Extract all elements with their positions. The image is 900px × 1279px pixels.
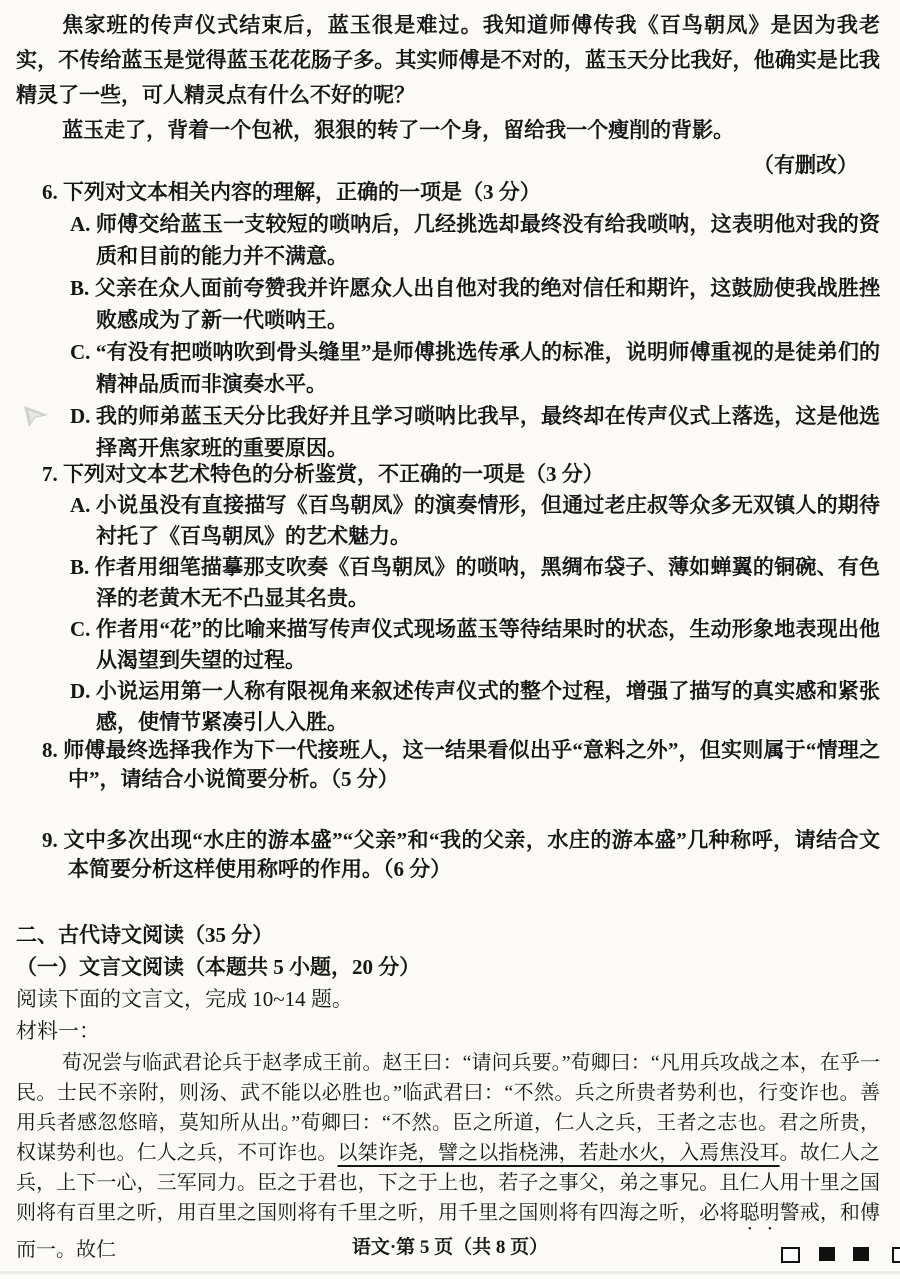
option-text: 师傅交给蓝玉一支较短的唢呐后，几经挑选却最终没有给我唢呐，这表明他对我的资质和目… [96,212,880,268]
section-instruction: 阅读下面的文言文，完成 10~14 题。 [16,983,880,1015]
option-label: A. [70,212,90,236]
question-9-stem: 9. 文中多次出现“水庄的游本盛”“父亲”和“我的父亲，水庄的游本盛”几种称呼，… [16,826,880,884]
page-footer: 语文·第 5 页（共 8 页） [0,1234,900,1262]
classical-paragraph: 荀况尝与临武君论兵于赵孝成王前。赵王曰：“请问兵要。”荀卿曰：“凡用兵攻战之本，… [16,1048,880,1265]
reading-passage-ending: 焦家班的传声仪式结束后，蓝玉很是难过。我知道师傅传我《百鸟朝凤》是因为我老实，不… [16,8,880,183]
question-9: 9. 文中多次出现“水庄的游本盛”“父亲”和“我的父亲，水庄的游本盛”几种称呼，… [16,826,880,884]
option-text: 小说虽没有直接描写《百鸟朝凤》的演奏情形，但通过老庄叔等众多无双镇人的期待衬托了… [96,493,880,548]
passage-paragraph: 焦家班的传声仪式结束后，蓝玉很是难过。我知道师傅传我《百鸟朝凤》是因为我老实，不… [16,8,880,113]
section-subtitle: （一）文言文阅读（本题共 5 小题，20 分） [16,951,880,983]
option-label: D. [70,679,90,703]
option-label: B. [70,276,89,300]
question-number: 6. [42,180,58,204]
question-stem-text: 下列对文本艺术特色的分析鉴赏，不正确的一项是（3 分） [63,462,604,486]
material-label: 材料一： [16,1015,880,1047]
question-7-stem: 7. 下列对文本艺术特色的分析鉴赏，不正确的一项是（3 分） [16,459,880,490]
option-text: 我的师弟蓝玉天分比我好并且学习唢呐比我早，最终却在传声仪式上落选，这是他选择离开… [96,404,880,460]
question-8-stem: 8. 师傅最终选择我作为下一代接班人，这一结果看似出乎“意料之外”，但实则属于“… [16,736,880,794]
emphasized-word: 聪明 [739,1202,779,1224]
print-registration-mark-outline [781,1247,800,1263]
question-7-option-b: B. 作者用细笔描摹那支吹奏《百鸟朝凤》的唢呐，黑绸布袋子、薄如蝉翼的铜碗、有色… [16,552,880,614]
option-text: “有没有把唢呐吹到骨头缝里”是师傅挑选传承人的标准，说明师傅重视的是徒弟们的精神… [96,340,880,396]
option-text: 作者用“花”的比喻来描写传声仪式现场蓝玉等待结果时的状态，生动形象地表现出他从渴… [96,617,880,672]
option-text: 父亲在众人面前夸赞我并许愿众人出自他对我的绝对信任和期许，这鼓励使我战胜挫败感成… [95,276,880,332]
question-7-option-c: C. 作者用“花”的比喻来描写传声仪式现场蓝玉等待结果时的状态，生动形象地表现出… [16,614,880,676]
section-title: 二、古代诗文阅读（35 分） [16,919,880,951]
option-label: B. [70,555,89,579]
underlined-sentence: 以桀诈尧，譬之以指桡沸，若赴水火，入焉焦没耳 [338,1142,780,1164]
question-number: 7. [42,462,58,486]
print-registration-mark-filled [819,1247,835,1261]
question-6-option-b: B. 父亲在众人面前夸赞我并许愿众人出自他对我的绝对信任和期许，这鼓励使我战胜挫… [16,272,880,336]
question-stem-text: 文中多次出现“水庄的游本盛”“父亲”和“我的父亲，水庄的游本盛”几种称呼，请结合… [63,828,880,881]
question-stem-text: 下列对文本相关内容的理解，正确的一项是（3 分） [63,180,541,204]
print-registration-mark-filled [853,1247,869,1261]
question-8: 8. 师傅最终选择我作为下一代接班人，这一结果看似出乎“意料之外”，但实则属于“… [16,736,880,794]
option-label: C. [70,617,90,641]
question-6-stem: 6. 下列对文本相关内容的理解，正确的一项是（3 分） [16,176,880,208]
question-7-option-a: A. 小说虽没有直接描写《百鸟朝凤》的演奏情形，但通过老庄叔等众多无双镇人的期待… [16,490,880,552]
section-2-header: 二、古代诗文阅读（35 分） （一）文言文阅读（本题共 5 小题，20 分） 阅… [16,919,880,1047]
print-registration-mark-partial [892,1247,900,1263]
option-label: D. [70,404,90,428]
question-6-option-c: C. “有没有把唢呐吹到骨头缝里”是师傅挑选传承人的标准，说明师傅重视的是徒弟们… [16,336,880,400]
question-6: 6. 下列对文本相关内容的理解，正确的一项是（3 分） A. 师傅交给蓝玉一支较… [16,176,880,464]
scan-streak-artifact [0,1271,900,1274]
classical-passage: 荀况尝与临武君论兵于赵孝成王前。赵王曰：“请问兵要。”荀卿曰：“凡用兵攻战之本，… [16,1048,880,1265]
option-text: 作者用细笔描摹那支吹奏《百鸟朝凤》的唢呐，黑绸布袋子、薄如蝉翼的铜碗、有色泽的老… [95,555,880,610]
option-label: C. [70,340,90,364]
option-text: 小说运用第一人称有限视角来叙述传声仪式的整个过程，增强了描写的真实感和紧张感，使… [96,679,880,734]
question-6-option-d: D. 我的师弟蓝玉天分比我好并且学习唢呐比我早，最终却在传声仪式上落选，这是他选… [16,400,880,464]
exam-paper-page: 焦家班的传声仪式结束后，蓝玉很是难过。我知道师傅传我《百鸟朝凤》是因为我老实，不… [0,0,900,1279]
question-number: 9. [42,828,58,852]
question-7: 7. 下列对文本艺术特色的分析鉴赏，不正确的一项是（3 分） A. 小说虽没有直… [16,459,880,738]
option-label: A. [70,493,90,517]
question-stem-text: 师傅最终选择我作为下一代接班人，这一结果看似出乎“意料之外”，但实则属于“情理之… [63,738,880,791]
question-7-option-d: D. 小说运用第一人称有限视角来叙述传声仪式的整个过程，增强了描写的真实感和紧张… [16,676,880,738]
question-6-option-a: A. 师傅交给蓝玉一支较短的唢呐后，几经挑选却最终没有给我唢呐，这表明他对我的资… [16,208,880,272]
passage-paragraph: 蓝玉走了，背着一个包袱，狠狠的转了一个身，留给我一个瘦削的背影。 [16,113,880,148]
question-number: 8. [42,738,58,762]
